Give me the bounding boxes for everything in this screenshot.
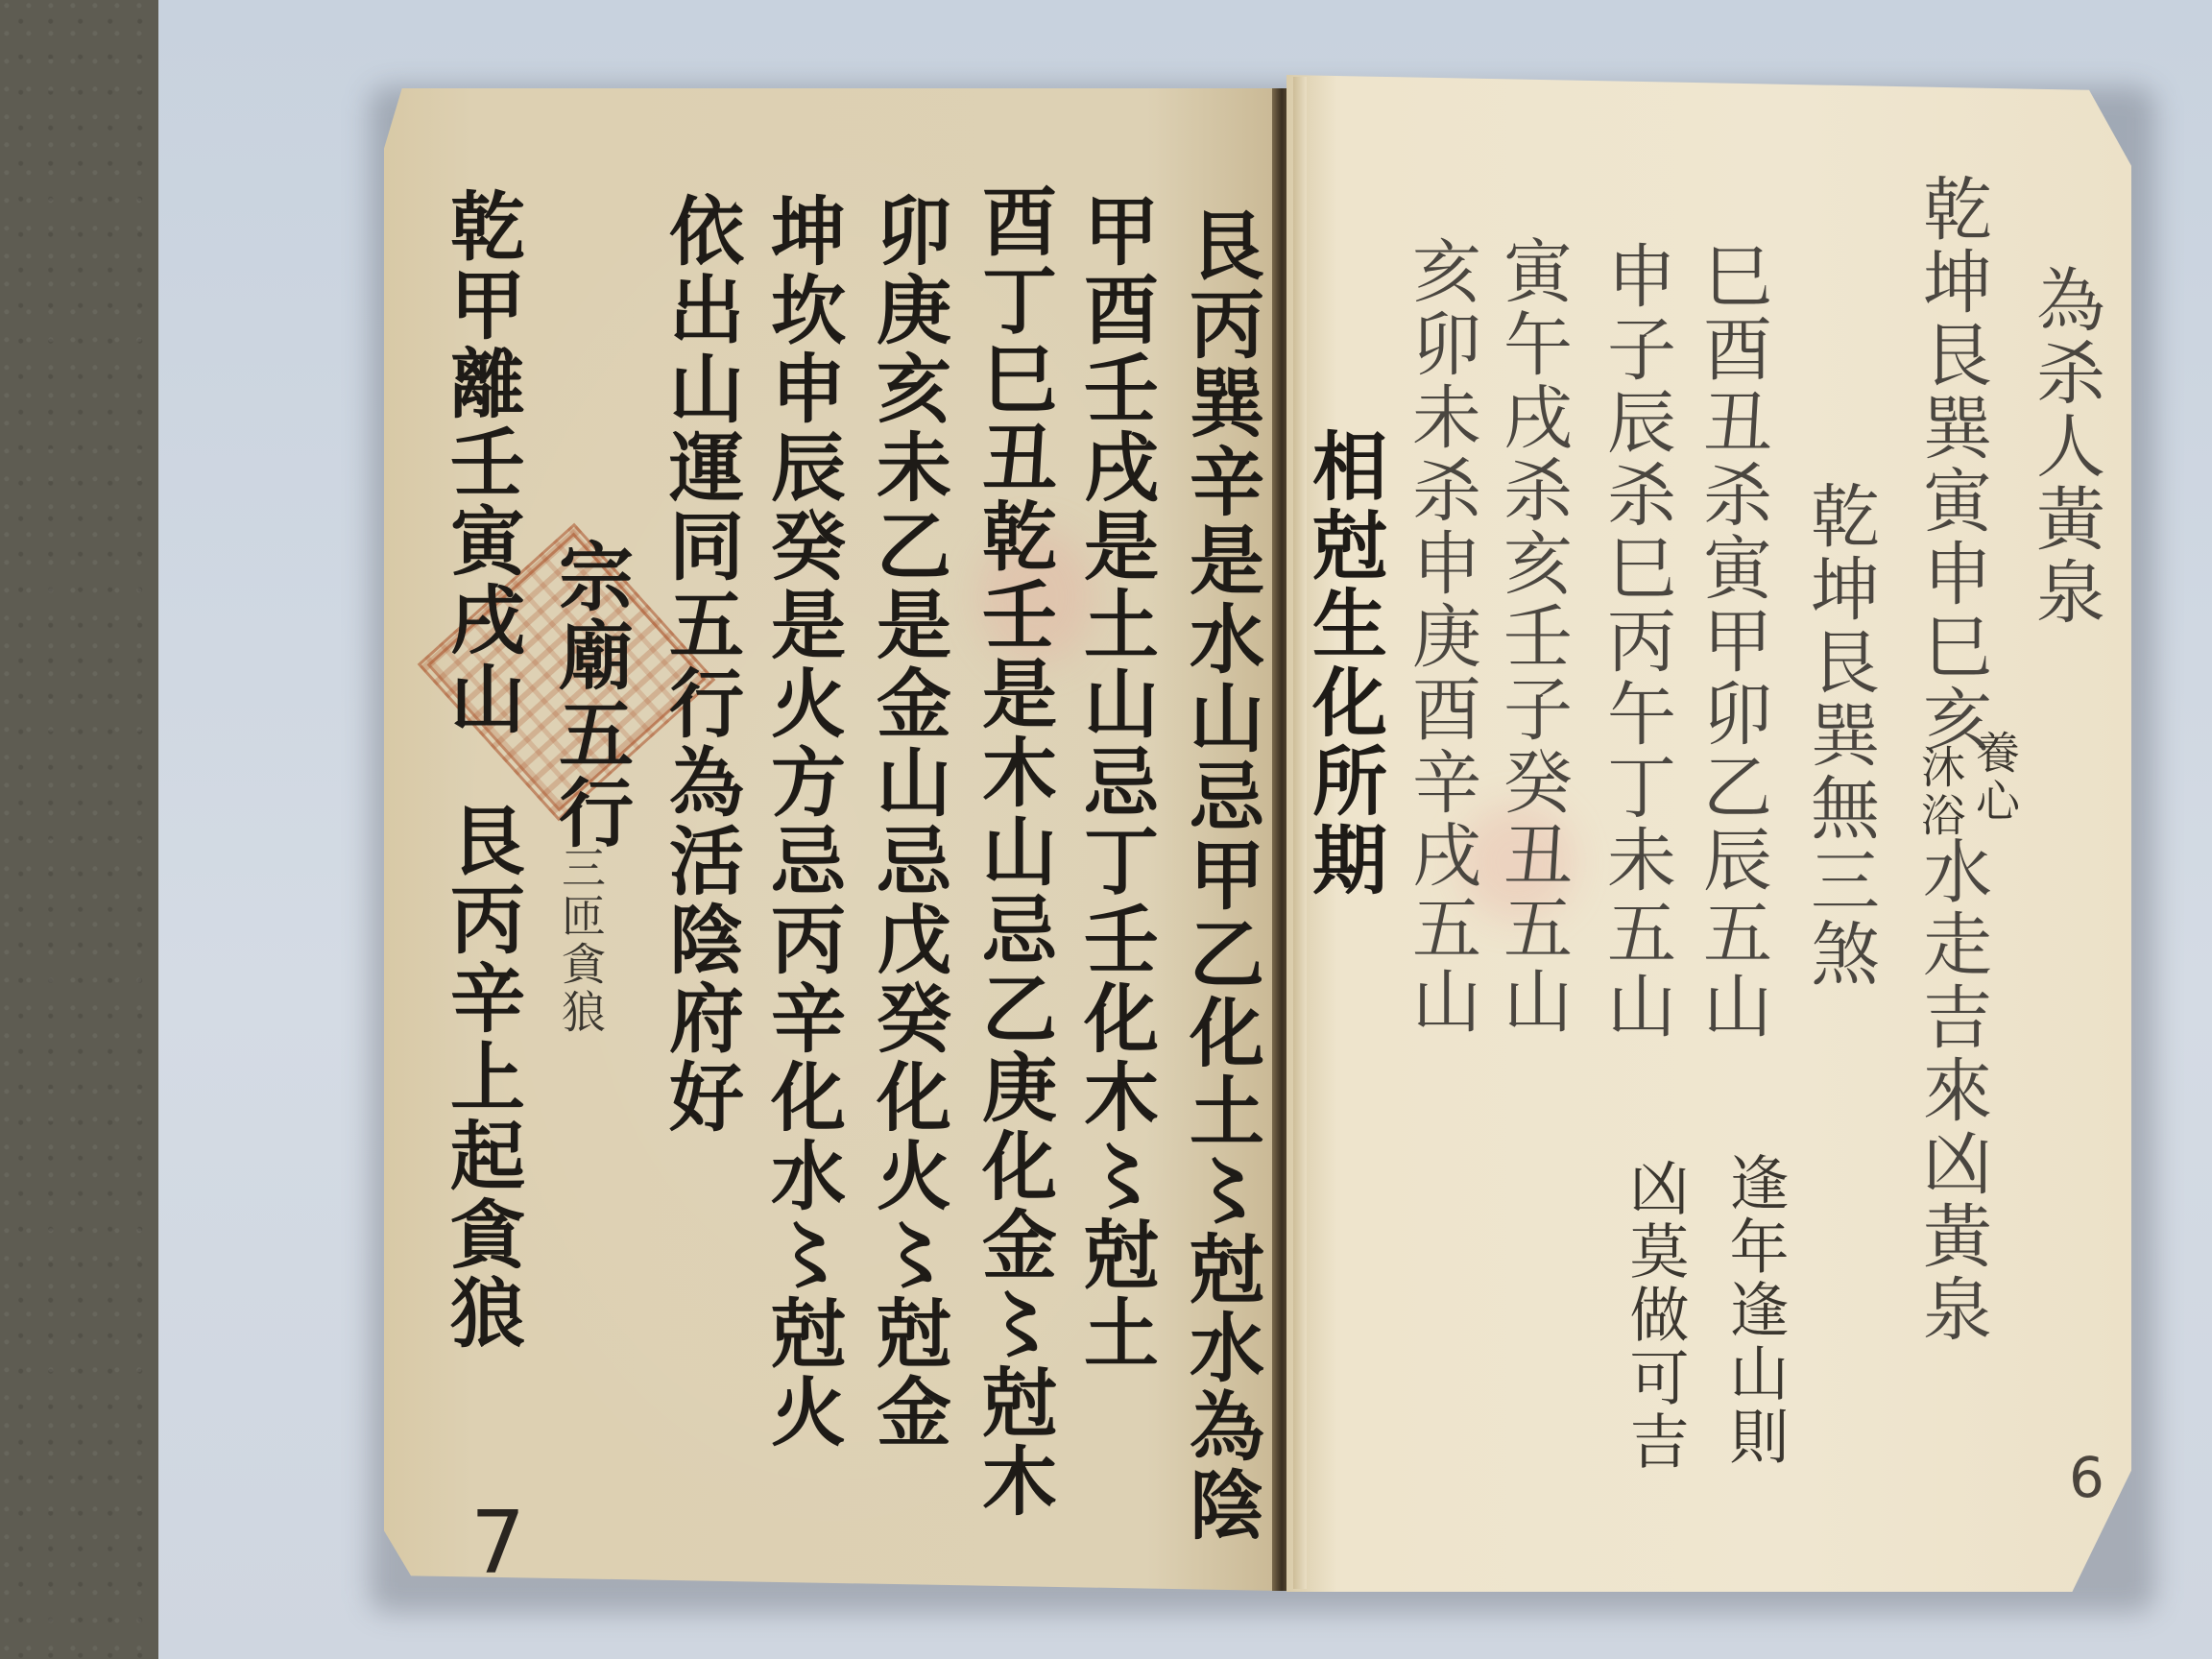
annotation-muyu: 沐浴 <box>1918 744 1962 840</box>
right-column-2-top: 乾坤艮巽寅申巳亥 <box>1917 173 1986 757</box>
left-column-8-bottom: 艮丙辛上起貪狼 <box>444 802 518 1353</box>
right-column-4-note: 逢年逢山則 <box>1724 1152 1784 1469</box>
right-column-1-title: 為杀人黃泉 <box>2031 264 2100 629</box>
annotation-yangxin: 養心 <box>1973 730 2017 826</box>
left-column-5: 坤坎申辰癸是火方忌丙辛化水〻尅火 <box>764 192 839 1452</box>
right-column-6: 寅午戌杀亥壬子癸丑五山 <box>1498 235 1567 1038</box>
right-column-5-note: 凶莫做可吉 <box>1624 1157 1684 1474</box>
left-column-4: 卯庚亥未乙是金山忌戊癸化火〻尅金 <box>870 192 945 1452</box>
right-column-4-main: 巳酉丑杀寅甲卯乙辰五山 <box>1697 240 1767 1043</box>
left-column-8-top: 乾甲離壬寅戌山 <box>444 187 518 738</box>
right-column-7: 亥卯未杀申庚酉辛戌五山 <box>1407 235 1476 1038</box>
zongmiao-wuxing: 宗廟五行 <box>552 538 627 853</box>
left-column-2: 甲酉壬戌是土山忌丁壬化木〻尅土 <box>1077 192 1152 1373</box>
sanza-tanlang-note: 三匝貪狼 <box>559 845 603 1037</box>
right-column-2-bottom: 水走吉來凶黃泉 <box>1917 835 1986 1346</box>
left-column-6: 依出山運同五行為活陰府好 <box>662 192 737 1137</box>
left-column-1: 艮丙巽辛是水山忌甲乙化土〻尅水為陰 <box>1183 206 1258 1545</box>
right-column-3: 乾坤艮巽無三煞 <box>1805 480 1874 991</box>
concrete-floor <box>0 0 158 1659</box>
right-column-8: 相尅生化所期 <box>1306 427 1381 900</box>
right-column-5-main: 申子辰杀巳丙午丁未五山 <box>1601 240 1671 1043</box>
page-number-right: 6 <box>2069 1445 2104 1510</box>
page-number-left: 7 <box>470 1493 525 1594</box>
left-column-3: 酉丁巳丑乾壬是木山忌乙庚化金〻尅木 <box>975 182 1050 1521</box>
